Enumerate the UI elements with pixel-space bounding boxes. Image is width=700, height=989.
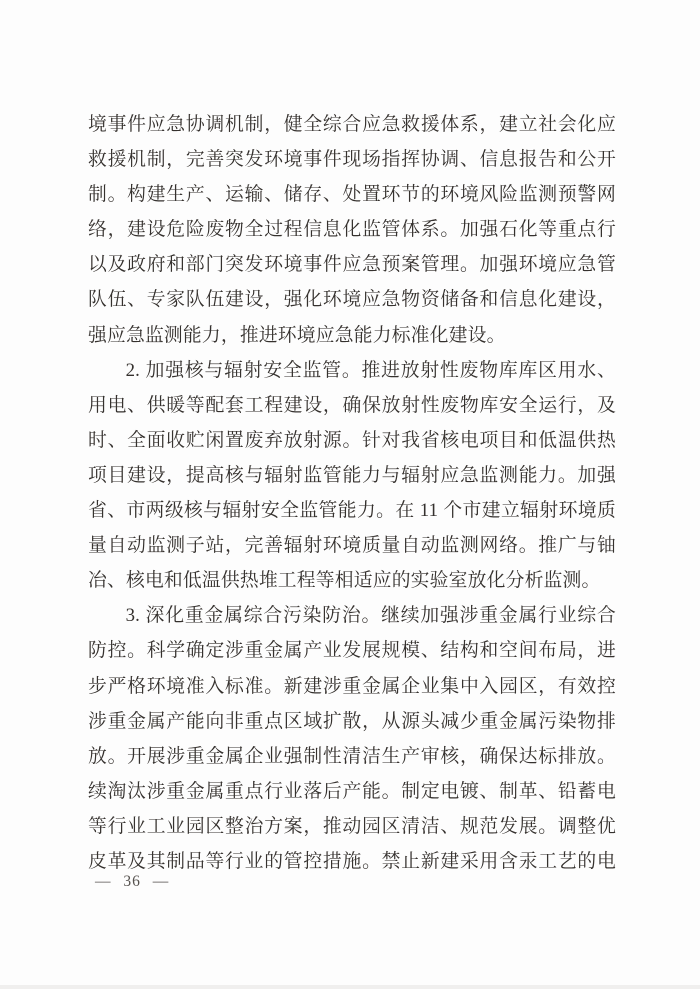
text-line: 涉重金属产能向非重点区域扩散，从源头减少重金属污染物排 xyxy=(88,704,616,739)
text-line: 省、市两级核与辐射安全监管能力。在 11 个市建立辐射环境质 xyxy=(88,493,616,528)
text-line: 制。构建生产、运输、储存、处置环节的环境风险监测预警网 xyxy=(88,177,616,212)
paragraph: 2. 加强核与辐射安全监管。推进放射性废物库库区用水、用电、供暖等配套工程建设，… xyxy=(88,353,616,599)
text-line: 时、全面收贮闲置废弃放射源。针对我省核电项目和低温供热堆 xyxy=(88,423,616,458)
page-bottom-edge xyxy=(0,985,700,989)
page-footer: — 36 — xyxy=(95,871,169,893)
text-line: 步严格环境准入标准。新建涉重金属企业集中入园区，有效控制 xyxy=(88,669,616,704)
text-line: 防控。科学确定涉重金属产业发展规模、结构和空间布局，进一 xyxy=(88,633,616,668)
text-line: 2. 加强核与辐射安全监管。推进放射性废物库库区用水、 xyxy=(88,353,616,388)
text-line: 续淘汰涉重金属重点行业落后产能。制定电镀、制革、铅蓄电池 xyxy=(88,774,616,809)
text-line: 项目建设，提高核与辐射监管能力与辐射应急监测能力。加强 xyxy=(88,458,616,493)
text-block: 境事件应急协调机制，健全综合应急救援体系，建立社会化应急救援机制，完善突发环境事… xyxy=(88,107,616,879)
text-line: 冶、核电和低温供热堆工程等相适应的实验室放化分析监测。 xyxy=(88,563,616,598)
text-line: 队伍、专家队伍建设，强化环境应急物资储备和信息化建设，增 xyxy=(88,282,616,317)
text-line: 用电、供暖等配套工程建设，确保放射性废物库安全运行，及 xyxy=(88,388,616,423)
text-line: 络，建设危险废物全过程信息化监管体系。加强石化等重点行业 xyxy=(88,212,616,247)
text-line: 以及政府和部门突发环境事件应急预案管理。加强环境应急管理 xyxy=(88,247,616,282)
text-line: 量自动监测子站，完善辐射环境质量自动监测网络。推广与铀矿 xyxy=(88,528,616,563)
paragraph: 境事件应急协调机制，健全综合应急救援体系，建立社会化应急救援机制，完善突发环境事… xyxy=(88,107,616,353)
page-number: — 36 — xyxy=(95,873,169,890)
text-line: 强应急监测能力，推进环境应急能力标准化建设。 xyxy=(88,318,616,353)
text-line: 救援机制，完善突发环境事件现场指挥协调、信息报告和公开机 xyxy=(88,142,616,177)
paragraph: 3. 深化重金属综合污染防治。继续加强涉重金属行业综合防控。科学确定涉重金属产业… xyxy=(88,598,616,879)
text-line: 等行业工业园区整治方案，推动园区清洁、规范发展。调整优化 xyxy=(88,809,616,844)
text-line: 境事件应急协调机制，健全综合应急救援体系，建立社会化应急 xyxy=(88,107,616,142)
document-page: 境事件应急协调机制，健全综合应急救援体系，建立社会化应急救援机制，完善突发环境事… xyxy=(0,0,700,989)
text-line: 放。开展涉重金属企业强制性清洁生产审核，确保达标排放。继 xyxy=(88,739,616,774)
text-line: 3. 深化重金属综合污染防治。继续加强涉重金属行业综合 xyxy=(88,598,616,633)
